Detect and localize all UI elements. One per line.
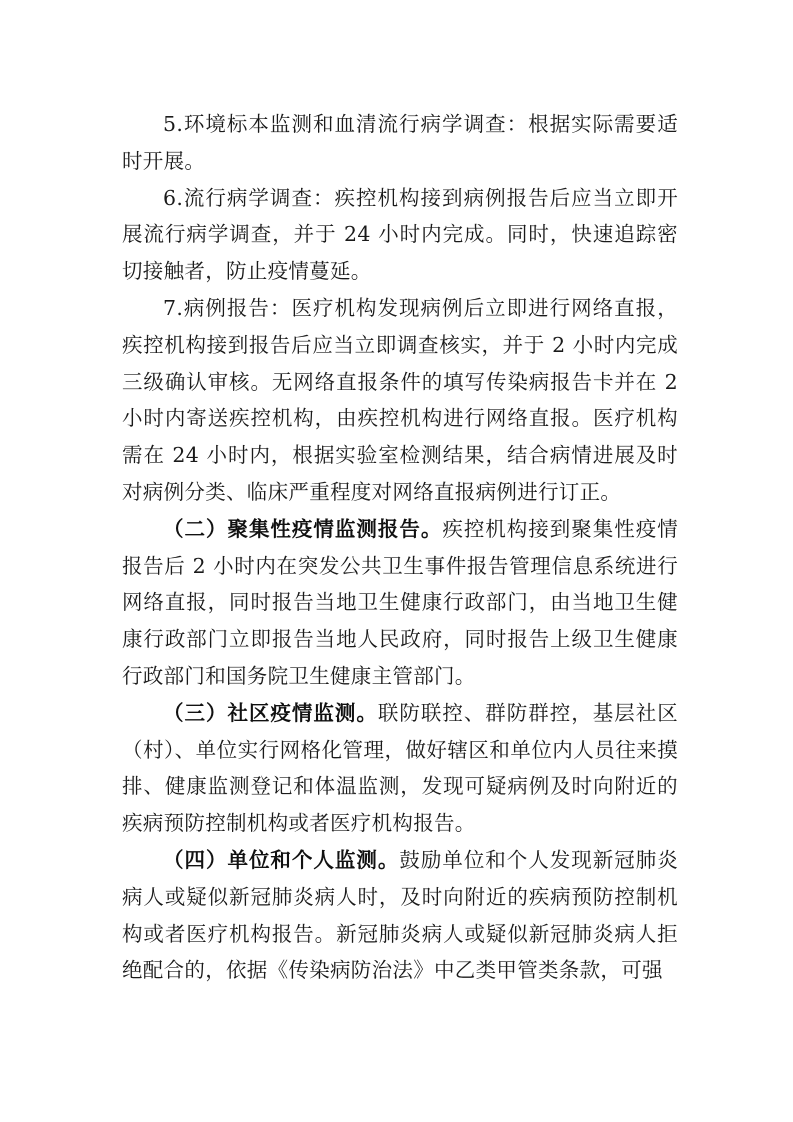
paragraph-community-monitoring: （三）社区疫情监测。联防联控、群防群控，基层社区（村）、单位实行网格化管理，做好… xyxy=(122,695,678,842)
paragraph-text: 7.病例报告：医疗机构发现病例后立即进行网络直报，疾控机构接到报告后应当立即调查… xyxy=(122,296,678,504)
paragraph-text: 6.流行病学调查：疾控机构接到病例报告后应当立即开展流行病学调查，并于 24 小… xyxy=(122,186,678,284)
section-heading: （二）聚集性疫情监测报告。 xyxy=(163,517,442,541)
paragraph-cluster-monitoring: （二）聚集性疫情监测报告。疾控机构接到聚集性疫情报告后 2 小时内在突发公共卫生… xyxy=(122,511,678,695)
paragraph-environmental-monitoring: 5.环境标本监测和血清流行病学调查：根据实际需要适时开展。 xyxy=(122,106,678,180)
paragraph-text: 疾控机构接到聚集性疫情报告后 2 小时内在突发公共卫生事件报告管理信息系统进行网… xyxy=(122,517,678,688)
paragraph-epidemiological-investigation: 6.流行病学调查：疾控机构接到病例报告后应当立即开展流行病学调查，并于 24 小… xyxy=(122,180,678,290)
section-heading: （四）单位和个人监测。 xyxy=(163,848,399,872)
paragraph-text: 5.环境标本监测和血清流行病学调查：根据实际需要适时开展。 xyxy=(122,112,678,173)
paragraph-unit-individual-monitoring: （四）单位和个人监测。鼓励单位和个人发现新冠肺炎病人或疑似新冠肺炎病人时，及时向… xyxy=(122,842,678,989)
paragraph-case-reporting: 7.病例报告：医疗机构发现病例后立即进行网络直报，疾控机构接到报告后应当立即调查… xyxy=(122,290,678,511)
document-page: 5.环境标本监测和血清流行病学调查：根据实际需要适时开展。 6.流行病学调查：疾… xyxy=(122,106,678,989)
section-heading: （三）社区疫情监测。 xyxy=(163,701,378,725)
